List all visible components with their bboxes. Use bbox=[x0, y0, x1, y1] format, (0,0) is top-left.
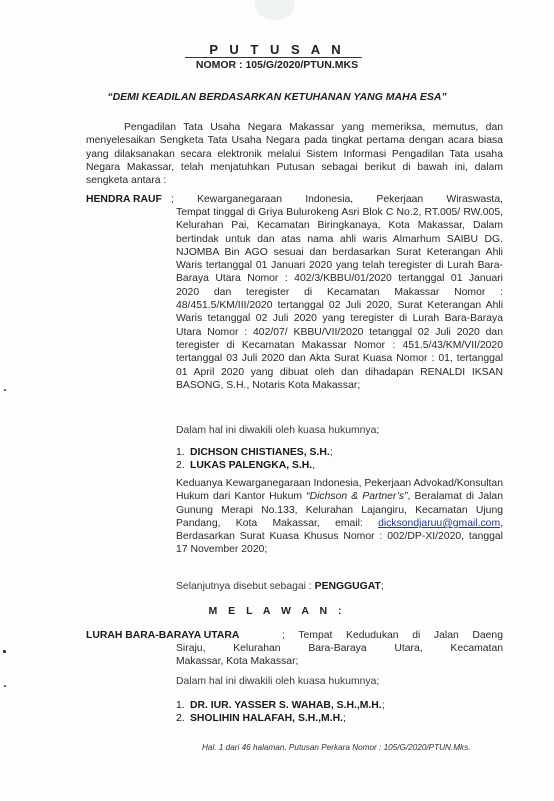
list-suffix: , bbox=[312, 460, 315, 471]
penggugat-kuasa-intro: Dalam hal ini diwakili oleh kuasa hukumn… bbox=[176, 425, 379, 436]
list-number: 2. bbox=[176, 712, 190, 725]
scan-dot bbox=[3, 650, 6, 653]
penggugat-kuasa-list: 1.DICHSON CHISTIANES, S.H.; 2.LUKAS PALE… bbox=[176, 446, 333, 472]
opening-paragraph: Pengadilan Tata Usaha Negara Makassar ya… bbox=[86, 121, 503, 187]
list-suffix: ; bbox=[330, 447, 333, 458]
penggugat-identity: Tempat tinggal di Griya Bulurokeng Asri … bbox=[176, 206, 503, 392]
list-item: 1.DR. IUR. YASSER S. WAHAB, S.H.,M.H.; bbox=[176, 699, 385, 712]
penggugat-kuasa-detail: Keduanya Kewarganegaraan Indonesia, Peke… bbox=[176, 477, 503, 557]
attorney-name: DR. IUR. YASSER S. WAHAB, S.H.,M.H. bbox=[190, 700, 382, 711]
designation-text: Selanjutnya disebut sebagai : bbox=[176, 581, 315, 592]
designation-suffix: ; bbox=[381, 581, 384, 592]
attorney-name: SHOLIHIN HALAFAH, S.H.,M.H. bbox=[190, 713, 343, 724]
tergugat-identity-line: Makassar, Kota Makassar; bbox=[176, 655, 503, 668]
penggugat-designation: Selanjutnya disebut sebagai : PENGGUGAT; bbox=[176, 581, 384, 592]
irah-irah: “DEMI KEADILAN BERDASARKAN KETUHANAN YAN… bbox=[0, 91, 554, 103]
page-footer: Hal. 1 dari 46 halaman, Putusan Perkara … bbox=[202, 743, 471, 752]
list-item: 2.SHOLIHIN HALAFAH, S.H.,M.H.; bbox=[176, 712, 385, 725]
document-page: P U T U S A N NOMOR : 105/G/2020/PTUN.MK… bbox=[0, 0, 554, 801]
opening-text: Pengadilan Tata Usaha Negara Makassar ya… bbox=[86, 121, 503, 187]
tergugat-identity: Siraju, Kelurahan Bara-Baraya Utara, Kec… bbox=[176, 642, 503, 669]
case-number: NOMOR : 105/G/2020/PTUN.MKS bbox=[0, 59, 554, 71]
scan-dot bbox=[4, 389, 6, 391]
scan-smudge bbox=[255, 0, 295, 20]
melawan-heading: M E L A W A N : bbox=[0, 605, 554, 617]
list-suffix: ; bbox=[382, 700, 385, 711]
list-suffix: ; bbox=[343, 713, 346, 724]
list-item: 2.LUKAS PALENGKA, S.H., bbox=[176, 459, 333, 472]
attorney-name: DICHSON CHISTIANES, S.H. bbox=[190, 447, 330, 458]
list-number: 2. bbox=[176, 459, 190, 472]
scan-dot bbox=[4, 685, 6, 687]
list-number: 1. bbox=[176, 446, 190, 459]
title-underline bbox=[185, 57, 362, 58]
email-link[interactable]: dicksondjaruu@gmail.com bbox=[378, 518, 500, 529]
penggugat-first-line: ; Kewarganegaraan Indonesia, Pekerjaan W… bbox=[171, 193, 503, 206]
document-title: P U T U S A N bbox=[0, 42, 554, 57]
attorney-name: LUKAS PALENGKA, S.H. bbox=[190, 460, 312, 471]
tergugat-identity-line: Siraju, Kelurahan Bara-Baraya Utara, Kec… bbox=[176, 642, 503, 655]
law-firm-name: “Dichson & Partner’s” bbox=[306, 491, 407, 502]
designation-role: PENGGUGAT bbox=[315, 581, 381, 592]
list-item: 1.DICHSON CHISTIANES, S.H.; bbox=[176, 446, 333, 459]
tergugat-first-line: ; Tempat Kedudukan di Jalan Daeng bbox=[282, 629, 503, 642]
penggugat-name: HENDRA RAUF bbox=[86, 193, 162, 206]
list-number: 1. bbox=[176, 699, 190, 712]
tergugat-kuasa-list: 1.DR. IUR. YASSER S. WAHAB, S.H.,M.H.; 2… bbox=[176, 699, 385, 725]
penggugat-identity-text: Tempat tinggal di Griya Bulurokeng Asri … bbox=[176, 206, 503, 392]
tergugat-name: LURAH BARA-BARAYA UTARA bbox=[86, 629, 239, 642]
tergugat-kuasa-intro: Dalam hal ini diwakili oleh kuasa hukumn… bbox=[176, 676, 379, 687]
